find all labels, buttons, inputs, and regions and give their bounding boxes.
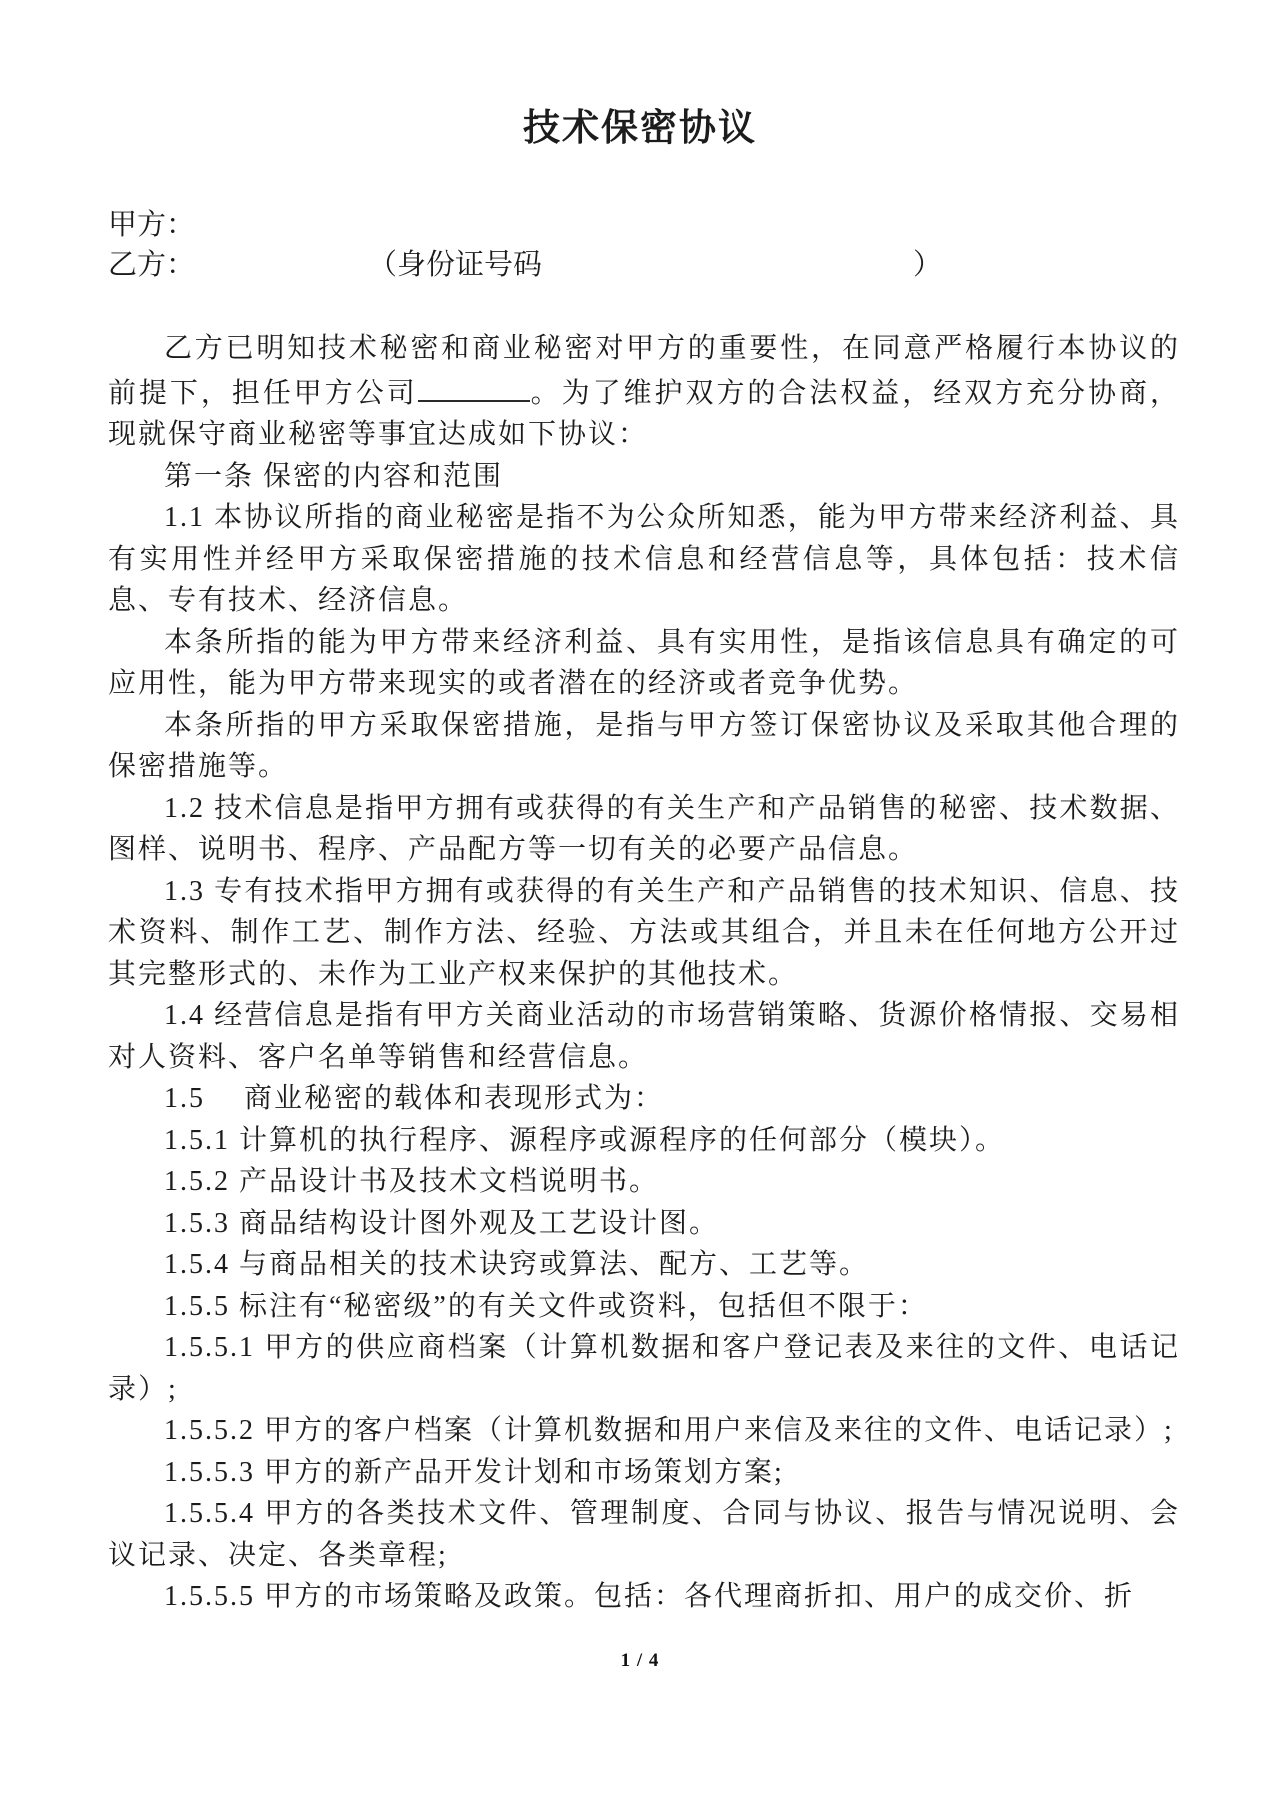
paragraph: 本条所指的甲方采取保密措施，是指与甲方签订保密协议及采取其他合理的保密措施等。 — [108, 705, 1180, 788]
paragraph: 1.5.1 计算机的执行程序、源程序或源程序的任何部分（模块）。 — [108, 1120, 1180, 1162]
paragraph: 1.5.3 商品结构设计图外观及工艺设计图。 — [108, 1203, 1180, 1245]
company-name-blank — [418, 370, 530, 402]
paragraph: 1.5.5 标注有“秘密级”的有关文件或资料，包括但不限于： — [108, 1286, 1180, 1328]
paragraph: 1.1 本协议所指的商业秘密是指不为公众所知悉，能为甲方带来经济利益、具有实用性… — [108, 497, 1180, 622]
paragraph-list: 第一条 保密的内容和范围1.1 本协议所指的商业秘密是指不为公众所知悉，能为甲方… — [108, 456, 1180, 1618]
document-title: 技术保密协议 — [0, 0, 1280, 150]
paragraph: 1.5.2 产品设计书及技术文档说明书。 — [108, 1161, 1180, 1203]
paragraph: 1.5.4 与商品相关的技术诀窍或算法、配方、工艺等。 — [108, 1244, 1180, 1286]
opening-paragraph: 乙方已明知技术秘密和商业秘密对甲方的重要性，在同意严格履行本协议的前提下，担任甲… — [108, 328, 1180, 456]
document-body: 乙方已明知技术秘密和商业秘密对甲方的重要性，在同意严格履行本协议的前提下，担任甲… — [108, 328, 1180, 1618]
party-b-label: 乙方： — [108, 242, 195, 283]
page-footer: 1 / 4 — [0, 1650, 1280, 1672]
paragraph: 1.5.5.1 甲方的供应商档案（计算机数据和客户登记表及来往的文件、电话记录）… — [108, 1327, 1180, 1410]
paragraph: 1.5.5.4 甲方的各类技术文件、管理制度、合同与协议、报告与情况说明、会议记… — [108, 1493, 1180, 1576]
paragraph: 1.5.5.5 甲方的市场策略及政策。包括：各代理商折扣、用户的成交价、折 — [108, 1576, 1180, 1618]
paragraph: 1.4 经营信息是指有甲方关商业活动的市场营销策略、货源价格情报、交易相对人资料… — [108, 995, 1180, 1078]
paragraph: 1.5.5.3 甲方的新产品开发计划和市场策划方案; — [108, 1452, 1180, 1494]
id-close-paren: ） — [913, 242, 942, 283]
party-a-row: 甲方： — [108, 202, 1180, 242]
paragraph: 第一条 保密的内容和范围 — [108, 456, 1180, 498]
page-number: 1 / 4 — [621, 1650, 660, 1671]
paragraph: 1.2 技术信息是指甲方拥有或获得的有关生产和产品销售的秘密、技术数据、图样、说… — [108, 788, 1180, 871]
id-number-label: （身份证号码 — [368, 242, 542, 283]
paragraph: 1.5 商业秘密的载体和表现形式为： — [108, 1078, 1180, 1120]
party-block: 甲方： 乙方： （身份证号码 ） — [108, 202, 1180, 282]
paragraph: 1.3 专有技术指甲方拥有或获得的有关生产和产品销售的技术知识、信息、技术资料、… — [108, 871, 1180, 996]
paragraph: 本条所指的能为甲方带来经济利益、具有实用性，是指该信息具有确定的可应用性，能为甲… — [108, 622, 1180, 705]
paragraph: 1.5.5.2 甲方的客户档案（计算机数据和用户来信及来往的文件、电话记录）; — [108, 1410, 1180, 1452]
party-b-row: 乙方： （身份证号码 ） — [108, 242, 1180, 282]
document-page: 技术保密协议 甲方： 乙方： （身份证号码 ） 乙方已明知技术秘密和商业秘密对甲… — [0, 0, 1280, 1810]
party-a-label: 甲方： — [108, 202, 195, 243]
